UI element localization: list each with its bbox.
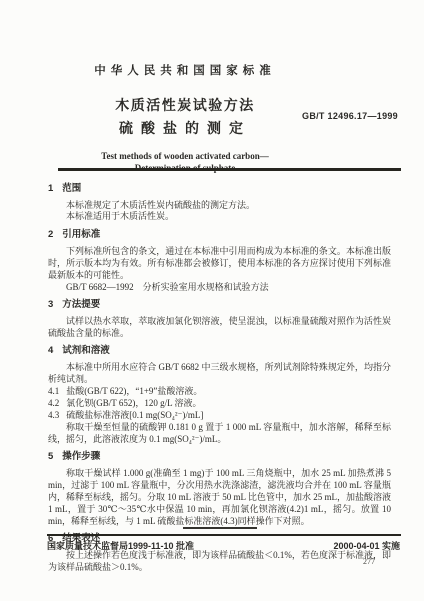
section-title: 引用标准 bbox=[62, 229, 100, 240]
section-2-heading: 2引用标准 bbox=[48, 229, 391, 241]
page-number: 277 bbox=[363, 557, 375, 566]
approval-notice: 国家质量技术监督局1999-11-10 批准 bbox=[47, 539, 194, 552]
item-number: 4.1 bbox=[48, 386, 59, 396]
section-number: 3 bbox=[48, 299, 53, 310]
section-number: 4 bbox=[48, 345, 53, 356]
item-text: 氯化钡(GB/T 652)，120 g/L 溶液。 bbox=[66, 398, 201, 408]
english-title-line1: Test methods of wooden activated carbon— bbox=[45, 151, 325, 163]
document-body: 1范围 本标准规定了木质活性炭内硫酸盐的测定方法。 本标准适用于木质活性炭。 2… bbox=[48, 177, 391, 574]
section-number: 2 bbox=[48, 229, 53, 240]
footer-divider-rule bbox=[47, 534, 401, 536]
section-number: 5 bbox=[48, 451, 53, 462]
section-4-heading: 4试剂和溶液 bbox=[48, 345, 391, 357]
document-title-line2: 硫酸盐的测定 bbox=[45, 118, 325, 138]
section-6-paragraph: 按上述操作若色度浅于标准液，即为该样品硫酸盐＜0.1%，若色度深于标准液，即为该… bbox=[48, 550, 391, 574]
section-1-paragraph: 本标准适用于木质活性炭。 bbox=[48, 211, 391, 223]
section-3-paragraph: 试样以热水萃取，萃取液加氯化钡溶液，使呈混浊，以标准量硫酸对照作为活性炭硫酸盐含… bbox=[48, 316, 391, 340]
header-divider-rule bbox=[58, 168, 401, 171]
section-title: 操作步骤 bbox=[62, 451, 100, 462]
section-title: 方法提要 bbox=[62, 299, 100, 310]
reagent-item-4-2: 4.2氯化钡(GB/T 652)，120 g/L 溶液。 bbox=[48, 398, 391, 410]
end-of-text-rule bbox=[183, 527, 257, 529]
section-title: 试剂和溶液 bbox=[62, 345, 110, 356]
section-1-paragraph: 本标准规定了木质活性炭内硫酸盐的测定方法。 bbox=[48, 200, 391, 212]
section-2-paragraph: 下列标准所包含的条文，通过在本标准中引用而构成为本标准的条文。本标准出版时，所示… bbox=[48, 246, 391, 282]
section-4-closing: 称取干燥至恒量的硫酸钾 0.181 0 g 置于 1 000 mL 容量瓶中，加… bbox=[48, 422, 391, 446]
section-title: 范围 bbox=[62, 183, 81, 194]
section-5-paragraph: 称取干燥试样 1.000 g(准确至 1 mg)于 100 mL 三角烧瓶中，加… bbox=[48, 468, 391, 528]
item-number: 4.2 bbox=[48, 398, 59, 408]
section-3-heading: 3方法提要 bbox=[48, 299, 391, 311]
section-5-heading: 5操作步骤 bbox=[48, 451, 391, 463]
standard-document-page: 中华人民共和国国家标准 木质活性炭试验方法 硫酸盐的测定 Test method… bbox=[0, 0, 424, 601]
reagent-item-4-1: 4.1盐酸(GB/T 622)，“1+9”盐酸溶液。 bbox=[48, 386, 391, 398]
section-number: 1 bbox=[48, 183, 53, 194]
footer: 国家质量技术监督局1999-11-10 批准 2000-04-01 实施 bbox=[47, 539, 400, 552]
item-text: 硫酸盐标准溶液[0.1 mg(SO₄²⁻)/mL] bbox=[66, 410, 203, 420]
item-number: 4.3 bbox=[48, 410, 59, 420]
section-4-intro: 本标准中所用水应符合 GB/T 6682 中三级水规格，所列试剂除特殊规定外，均… bbox=[48, 362, 391, 386]
item-text: 盐酸(GB/T 622)，“1+9”盐酸溶液。 bbox=[66, 386, 202, 396]
english-title: Test methods of wooden activated carbon—… bbox=[45, 151, 325, 174]
section-1-heading: 1范围 bbox=[48, 183, 391, 195]
national-standard-label: 中华人民共和国国家标准 bbox=[45, 62, 325, 78]
referenced-standard-entry: GB/T 6682—1992 分析实验室用水规格和试验方法 bbox=[48, 282, 391, 294]
document-header: 中华人民共和国国家标准 木质活性炭试验方法 硫酸盐的测定 Test method… bbox=[45, 0, 325, 174]
document-title-line1: 木质活性炭试验方法 bbox=[45, 95, 325, 115]
implementation-date: 2000-04-01 实施 bbox=[333, 539, 400, 552]
standard-number: GB/T 12496.17—1999 bbox=[302, 111, 398, 121]
reagent-item-4-3: 4.3硫酸盐标准溶液[0.1 mg(SO₄²⁻)/mL] bbox=[48, 410, 391, 422]
